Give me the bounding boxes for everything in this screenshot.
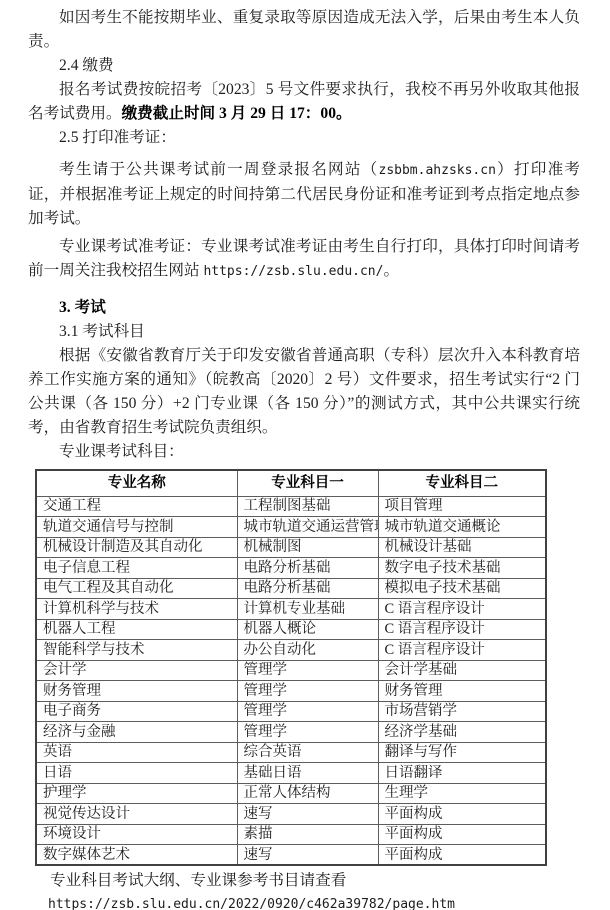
paragraph-exam-policy: 根据《安徽省教育厅关于印发安徽省普通高职（专科）层次升入本科教育培养工作实施方案… [28,344,580,440]
table-cell: 平面构成 [378,845,546,866]
table-cell: 电子商务 [36,701,237,722]
table-cell: 英语 [36,742,237,763]
column-header-subject-two: 专业科目二 [378,470,546,496]
table-row: 日语基础日语日语翻译 [36,763,546,784]
heading-3-1-exam-subjects: 3.1 考试科目 [28,320,580,344]
table-cell: 电子信息工程 [36,558,237,579]
table-cell: 项目管理 [378,496,546,517]
paragraph-public-ticket: 考生请于公共课考试前一周登录报名网站（zsbbm.ahzsks.cn）打印准考证… [28,158,580,231]
table-cell: 城市轨道交通运营管理 [237,517,378,538]
table-cell: 会计学基础 [378,660,546,681]
table-row: 护理学正常人体结构生理学 [36,783,546,804]
table-cell: 基础日语 [237,763,378,784]
table-row: 数字媒体艺术速写平面构成 [36,845,546,866]
table-cell: 经济学基础 [378,722,546,743]
table-cell: 生理学 [378,783,546,804]
table-row: 视觉传达设计速写平面构成 [36,804,546,825]
table-row: 电子信息工程电路分析基础数字电子技术基础 [36,558,546,579]
paragraph-payment: 报名考试费按皖招考〔2023〕5 号文件要求执行，我校不再另外收取其他报名考试费… [28,78,580,126]
table-row: 电子商务管理学市场营销学 [36,701,546,722]
footer-reference-note: 专业科目考试大纲、专业课参考书目请查看 [28,869,580,893]
table-cell: 机械设计基础 [378,537,546,558]
table-cell: 平面构成 [378,804,546,825]
table-cell: 财务管理 [36,681,237,702]
table-cell: 计算机专业基础 [237,599,378,620]
admissions-site-url: https://zsb.slu.edu.cn/ [203,264,383,279]
table-cell: 模拟电子技术基础 [378,578,546,599]
table-cell: 综合英语 [237,742,378,763]
registration-site-url: zsbbm.ahzsks.cn [379,163,496,178]
table-cell: 交通工程 [36,496,237,517]
table-cell: 城市轨道交通概论 [378,517,546,538]
table-cell: 工程制图基础 [237,496,378,517]
document-page: 如因考生不能按期毕业、重复录取等原因造成无法入学，后果由考生本人负责。 2.4 … [0,0,610,910]
table-cell: 日语翻译 [378,763,546,784]
table-cell: 机械设计制造及其自动化 [36,537,237,558]
table-cell: 翻译与写作 [378,742,546,763]
table-row: 经济与金融管理学经济学基础 [36,722,546,743]
paragraph-major-ticket: 专业课考试准考证：专业课考试准考证由考生自行打印，具体打印时间请考前一周关注我校… [28,235,580,284]
table-cell: C 语言程序设计 [378,619,546,640]
table-cell: 电路分析基础 [237,558,378,579]
table-cell: C 语言程序设计 [378,599,546,620]
table-cell: 管理学 [237,701,378,722]
table-cell: 机器人概论 [237,619,378,640]
table-row: 机械设计制造及其自动化机械制图机械设计基础 [36,537,546,558]
table-cell: 素描 [237,824,378,845]
table-cell: 电气工程及其自动化 [36,578,237,599]
table-cell: 计算机科学与技术 [36,599,237,620]
table-row: 环境设计素描平面构成 [36,824,546,845]
table-cell: 电路分析基础 [237,578,378,599]
table-row: 智能科学与技术办公自动化C 语言程序设计 [36,640,546,661]
column-header-subject-one: 专业科目一 [237,470,378,496]
heading-3-exam: 3. 考试 [28,296,580,320]
table-cell: 环境设计 [36,824,237,845]
table-row: 机器人工程机器人概论C 语言程序设计 [36,619,546,640]
table-cell: 机器人工程 [36,619,237,640]
table-cell: 办公自动化 [237,640,378,661]
table-cell: 市场营销学 [378,701,546,722]
footer-reference-url: https://zsb.slu.edu.cn/2022/0920/c462a39… [28,893,580,910]
paragraph-table-intro: 专业课考试科目： [28,440,580,464]
paragraph-liability: 如因考生不能按期毕业、重复录取等原因造成无法入学，后果由考生本人负责。 [28,6,580,54]
public-ticket-text-a: 考生请于公共课考试前一周登录报名网站（ [59,161,379,178]
table-cell: 护理学 [36,783,237,804]
major-ticket-text-b: 。 [383,262,399,279]
table-cell: 财务管理 [378,681,546,702]
table-row: 电气工程及其自动化电路分析基础模拟电子技术基础 [36,578,546,599]
column-header-major-name: 专业名称 [36,470,237,496]
major-subjects-table: 专业名称 专业科目一 专业科目二 交通工程工程制图基础项目管理轨道交通信号与控制… [35,469,547,866]
table-cell: 管理学 [237,681,378,702]
table-cell: 视觉传达设计 [36,804,237,825]
table-cell: 会计学 [36,660,237,681]
table-row: 会计学管理学会计学基础 [36,660,546,681]
table-cell: 智能科学与技术 [36,640,237,661]
table-cell: 经济与金融 [36,722,237,743]
table-cell: 管理学 [237,722,378,743]
table-cell: 速写 [237,845,378,866]
table-cell: C 语言程序设计 [378,640,546,661]
table-row: 财务管理管理学财务管理 [36,681,546,702]
table-row: 计算机科学与技术计算机专业基础C 语言程序设计 [36,599,546,620]
table-row: 交通工程工程制图基础项目管理 [36,496,546,517]
heading-2-5-print-ticket: 2.5 打印准考证： [28,126,580,150]
heading-2-4-payment: 2.4 缴费 [28,54,580,78]
table-cell: 数字电子技术基础 [378,558,546,579]
table-header-row: 专业名称 专业科目一 专业科目二 [36,470,546,496]
table-cell: 轨道交通信号与控制 [36,517,237,538]
table-cell: 数字媒体艺术 [36,845,237,866]
payment-deadline-bold: 缴费截止时间 3 月 29 日 17：00。 [122,105,352,122]
table-cell: 平面构成 [378,824,546,845]
table-cell: 速写 [237,804,378,825]
table-row: 轨道交通信号与控制城市轨道交通运营管理城市轨道交通概论 [36,517,546,538]
table-cell: 正常人体结构 [237,783,378,804]
table-cell: 日语 [36,763,237,784]
table-cell: 机械制图 [237,537,378,558]
table-cell: 管理学 [237,660,378,681]
table-row: 英语综合英语翻译与写作 [36,742,546,763]
subjects-table-body: 交通工程工程制图基础项目管理轨道交通信号与控制城市轨道交通运营管理城市轨道交通概… [36,496,546,865]
